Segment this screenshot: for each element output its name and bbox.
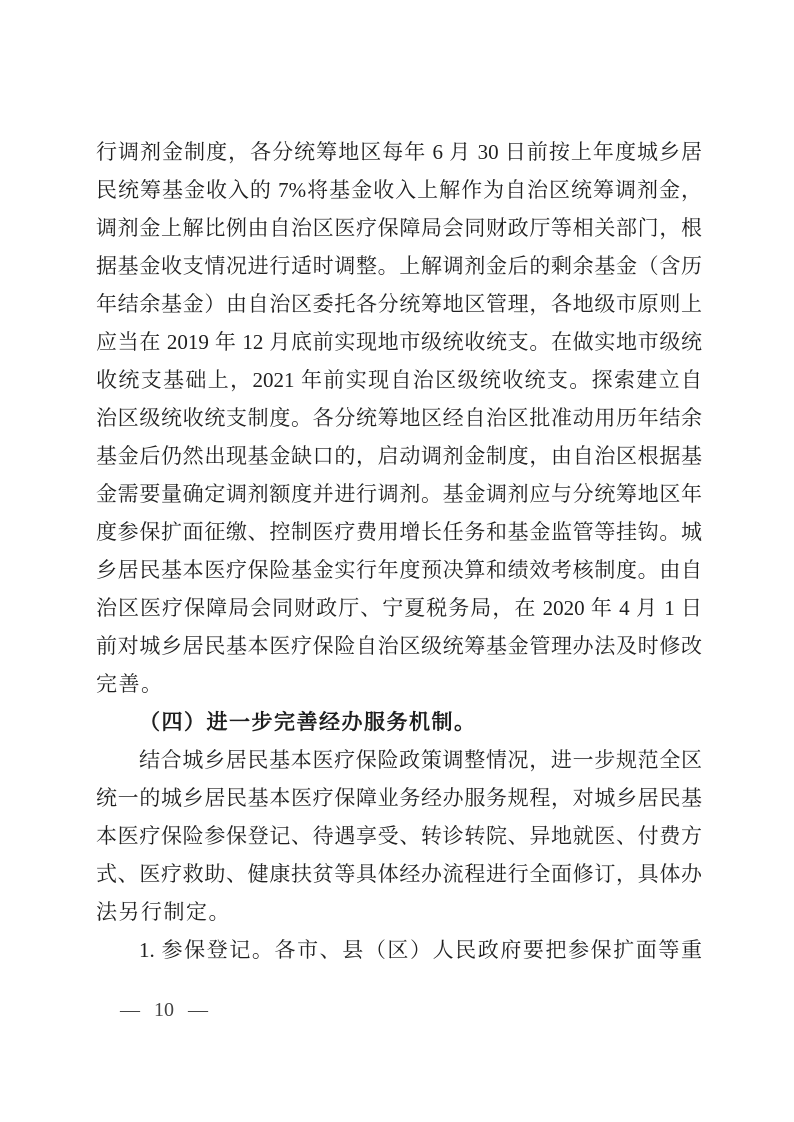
numbered-item-line: 1. 参保登记。各市、县（区）人民政府要把参保扩面等重 <box>96 931 702 969</box>
document-line: 据基金收支情况进行适时调整。上解调剂金后的剩余基金（含历 <box>96 247 702 285</box>
document-line: 行调剂金制度，各分统筹地区每年 6 月 30 日前按上年度城乡居 <box>96 133 702 171</box>
document-page: 行调剂金制度，各分统筹地区每年 6 月 30 日前按上年度城乡居 民统筹基金收入… <box>0 0 794 1122</box>
page-number: — 10 — <box>120 996 208 1024</box>
document-line: 年结余基金）由自治区委托各分统筹地区管理，各地级市原则上 <box>96 285 702 323</box>
document-line: 式、医疗救助、健康扶贫等具体经办流程进行全面修订，具体办 <box>96 855 702 893</box>
document-line: 应当在 2019 年 12 月底前实现地市级统收统支。在做实地市级统 <box>96 323 702 361</box>
document-line: 结合城乡居民基本医疗保险政策调整情况，进一步规范全区 <box>96 741 702 779</box>
document-line: 基金后仍然出现基金缺口的，启动调剂金制度，由自治区根据基 <box>96 437 702 475</box>
paragraph-end-line: 完善。 <box>96 665 702 703</box>
document-line: 调剂金上解比例由自治区医疗保障局会同财政厅等相关部门，根 <box>96 209 702 247</box>
paragraph-end-line: 法另行制定。 <box>96 893 702 931</box>
document-line: 民统筹基金收入的 7%将基金收入上解作为自治区统筹调剂金， <box>96 171 702 209</box>
document-body: 行调剂金制度，各分统筹地区每年 6 月 30 日前按上年度城乡居 民统筹基金收入… <box>96 133 702 969</box>
document-line: 治区医疗保障局会同财政厅、宁夏税务局，在 2020 年 4 月 1 日 <box>96 589 702 627</box>
document-line: 治区级统收统支制度。各分统筹地区经自治区批准动用历年结余 <box>96 399 702 437</box>
document-line: 乡居民基本医疗保险基金实行年度预决算和绩效考核制度。由自 <box>96 551 702 589</box>
document-line: 度参保扩面征缴、控制医疗费用增长任务和基金监管等挂钩。城 <box>96 513 702 551</box>
document-line: 收统支基础上，2021 年前实现自治区级统收统支。探索建立自 <box>96 361 702 399</box>
document-line: 本医疗保险参保登记、待遇享受、转诊转院、异地就医、付费方 <box>96 817 702 855</box>
document-line: 前对城乡居民基本医疗保险自治区级统筹基金管理办法及时修改 <box>96 627 702 665</box>
document-line: 统一的城乡居民基本医疗保障业务经办服务规程，对城乡居民基 <box>96 779 702 817</box>
document-line: 金需要量确定调剂额度并进行调剂。基金调剂应与分统筹地区年 <box>96 475 702 513</box>
section-heading: （四）进一步完善经办服务机制。 <box>96 703 702 741</box>
